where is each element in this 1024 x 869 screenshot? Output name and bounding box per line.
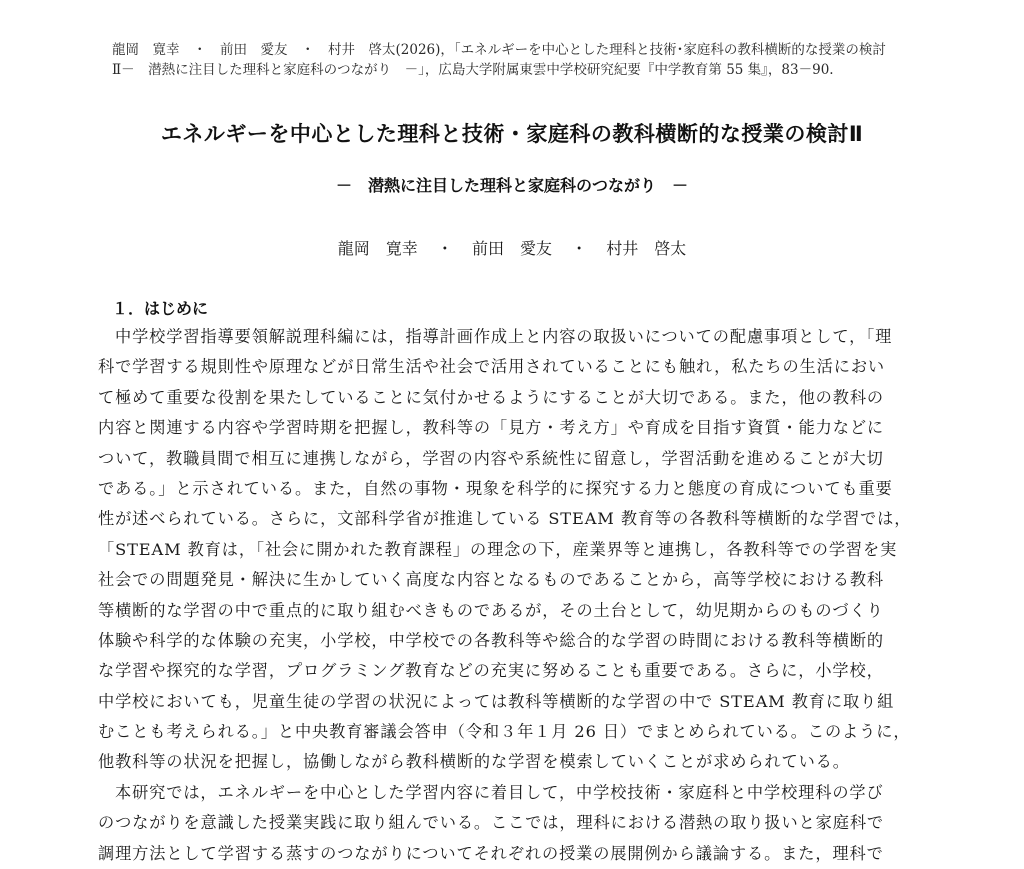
- author-name: 龍岡 寛幸: [338, 239, 418, 258]
- paper-page: 龍岡 寛幸 ・ 前田 愛友 ・ 村井 啓太(2026)，「エネルギーを中心とした…: [0, 0, 1024, 869]
- paragraph-line: な学習や探究的な学習，プログラミング教育などの充実に努めることも重要である。さら…: [98, 656, 928, 686]
- paragraph-line: 内容と関連する内容や学習時期を把握し，教科等の「見方・考え方」や育成を目指す資質…: [98, 413, 928, 443]
- paragraph-line: むことも考えられる。」と中央教育審議会答申（令和３年１月 26 日）でまとめられ…: [98, 717, 928, 747]
- section-heading: １．はじめに: [112, 296, 208, 319]
- paragraph-line: 社会での問題発見・解決に生かしていく高度な内容となるものであることから，高等学校…: [98, 565, 928, 595]
- author-separator: ・: [557, 236, 601, 259]
- author-separator: ・: [423, 236, 467, 259]
- paragraph-line: のつながりを意識した授業実践に取り組んでいる。ここでは，理科における潜熱の取り扱…: [98, 808, 928, 838]
- paragraph-line: 中学校においても，児童生徒の学習の状況によっては教科等横断的な学習の中で STE…: [98, 687, 928, 717]
- paragraph-line: 科で学習する規則性や原理などが日常生活や社会で活用されていることにも触れ，私たち…: [98, 352, 928, 382]
- paragraph-line: 体験や科学的な体験の充実，小学校，中学校での各教科等や総合的な学習の時間における…: [98, 626, 928, 656]
- paper-title: エネルギーを中心とした理科と技術・家庭科の教科横断的な授業の検討Ⅱ: [0, 118, 1024, 148]
- author-name: 村井 啓太: [606, 239, 686, 258]
- paragraph-line: 調理方法として学習する蒸すのつながりについてそれぞれの授業の展開例から議論する。…: [98, 839, 928, 869]
- paragraph-line: である。」と示されている。また，自然の事物・現象を科学的に探究する力と態度の育成…: [98, 474, 928, 504]
- paragraph-line: 本研究では，エネルギーを中心とした学習内容に着目して，中学校技術・家庭科と中学校…: [98, 778, 928, 808]
- paragraph-line: て極めて重要な役割を果たしていることに気付かせるようにすることが大切である。また…: [98, 383, 928, 413]
- author-name: 前田 愛友: [472, 239, 552, 258]
- paragraph-line: 他教科等の状況を把握し，協働しながら教科横断的な学習を模索していくことが求められ…: [98, 747, 928, 777]
- paragraph-line: 「STEAM 教育は，「社会に開かれた教育課程」の理念の下，産業界等と連携し，各…: [98, 535, 928, 565]
- paragraph-line: ついて，教職員間で相互に連携しながら，学習の内容や系統性に留意し，学習活動を進め…: [98, 444, 928, 474]
- paragraph-line: 等横断的な学習の中で重点的に取り組むべきものであるが，その土台として，幼児期から…: [98, 596, 928, 626]
- paragraph-line: 中学校学習指導要領解説理科編には，指導計画作成上と内容の取扱いについての配慮事項…: [98, 322, 928, 352]
- paper-subtitle: － 潜熱に注目した理科と家庭科のつながり －: [0, 173, 1024, 196]
- paragraph-line: 性が述べられている。さらに，文部科学省が推進している STEAM 教育等の各教科…: [98, 504, 928, 534]
- citation-header: 龍岡 寛幸 ・ 前田 愛友 ・ 村井 啓太(2026)，「エネルギーを中心とした…: [112, 40, 932, 80]
- section-body: 中学校学習指導要領解説理科編には，指導計画作成上と内容の取扱いについての配慮事項…: [98, 322, 928, 869]
- citation-line: Ⅱ－ 潜熱に注目した理科と家庭科のつながり －」，広島大学附属東雲中学校研究紀要…: [112, 60, 932, 80]
- author-list: 龍岡 寛幸 ・ 前田 愛友 ・ 村井 啓太: [0, 236, 1024, 259]
- citation-line: 龍岡 寛幸 ・ 前田 愛友 ・ 村井 啓太(2026)，「エネルギーを中心とした…: [112, 40, 932, 60]
